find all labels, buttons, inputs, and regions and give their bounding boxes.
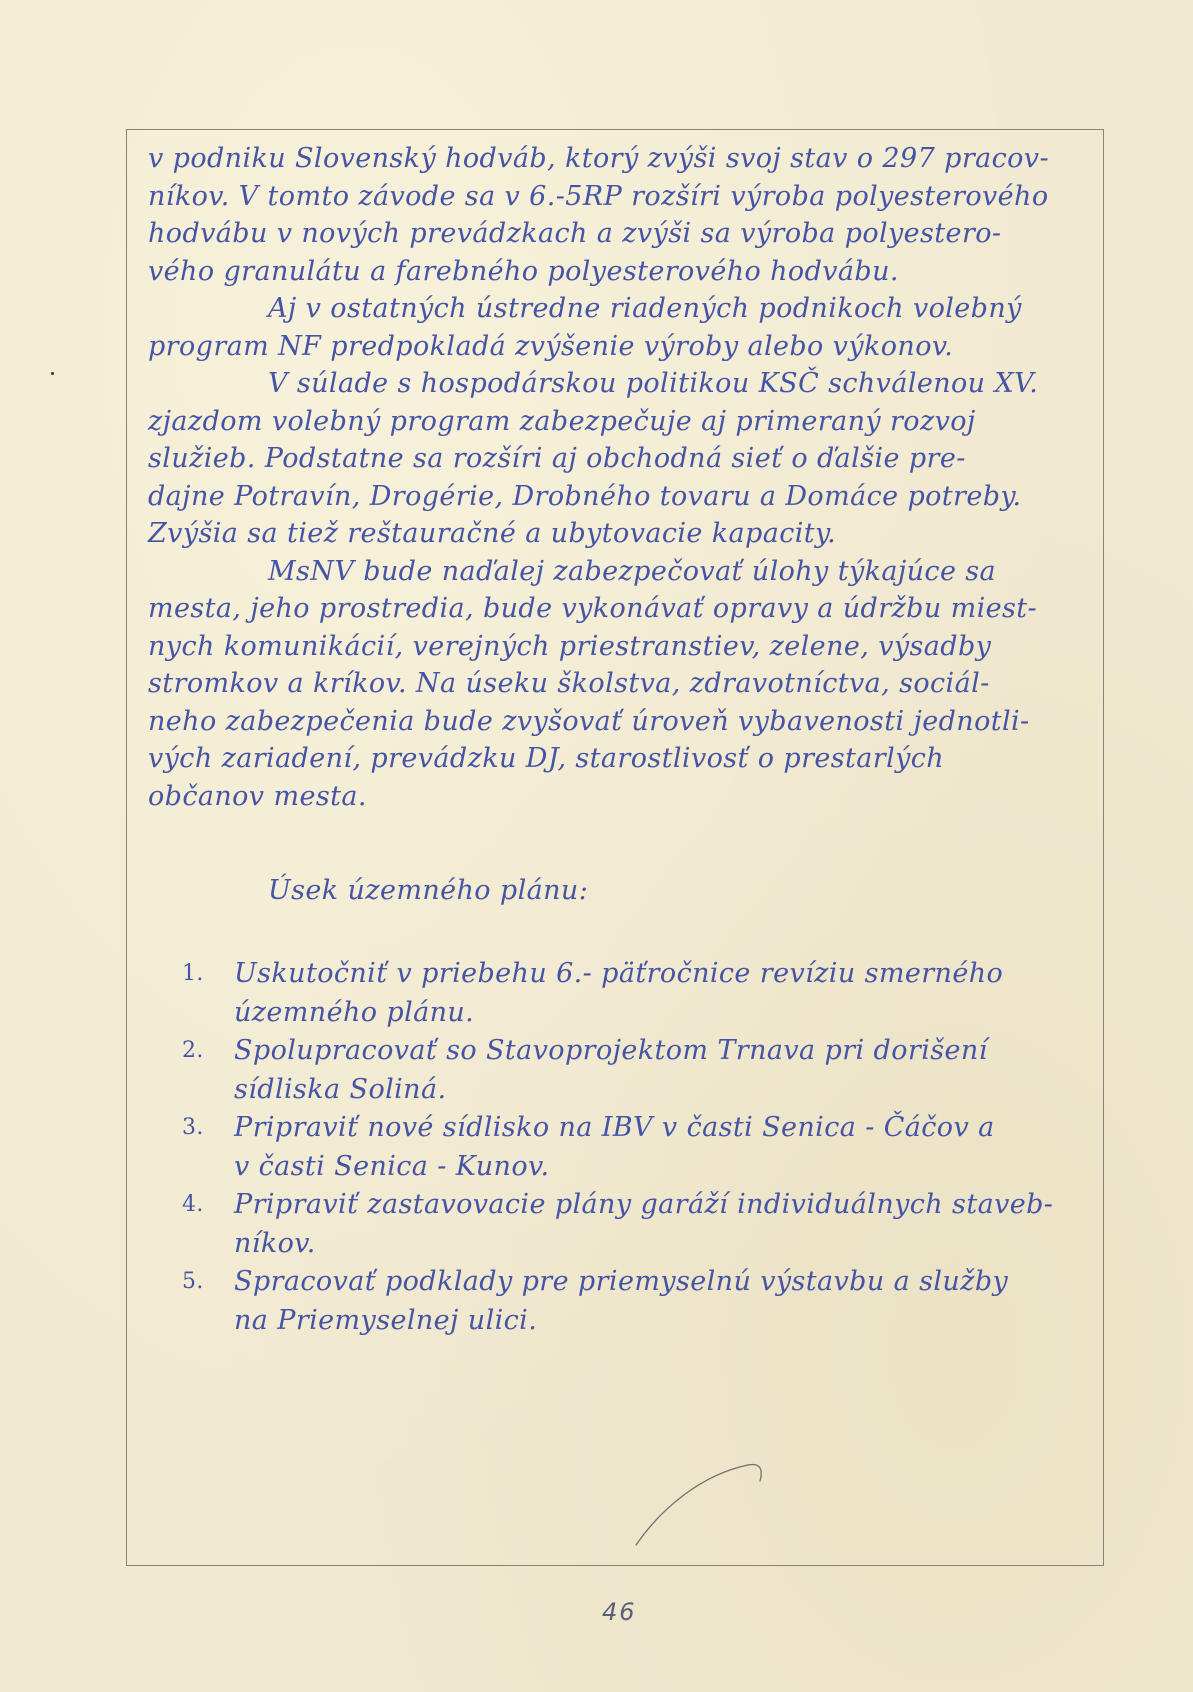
text-line: územného plánu. — [234, 994, 1093, 1033]
paragraph-2: Aj v ostatných ústredne riadených podnik… — [148, 290, 1093, 365]
list-item-number: 1. — [148, 955, 234, 993]
text-line: program NF predpokladá zvýšenie výroby a… — [148, 328, 1093, 366]
text-line: sídliska Soliná. — [234, 1071, 1093, 1110]
text-line: Spracovať podklady pre priemyselnú výsta… — [234, 1263, 1093, 1302]
text-line: Spolupracovať so Stavoprojektom Trnava p… — [234, 1032, 1093, 1071]
text-line: v podniku Slovenský hodváb, ktorý zvýši … — [148, 140, 1093, 178]
list-item: 3. Pripraviť nové sídlisko na IBV v čast… — [148, 1109, 1093, 1186]
list-item: 4. Pripraviť zastavovacie plány garáží i… — [148, 1186, 1093, 1263]
paragraph-1: v podniku Slovenský hodváb, ktorý zvýši … — [148, 140, 1093, 290]
spacer — [148, 911, 1093, 955]
text-line: Aj v ostatných ústredne riadených podnik… — [148, 290, 1093, 328]
text-line: vých zariadení, prevádzku DJ, starostliv… — [148, 740, 1093, 778]
text-line: hodvábu v nových prevádzkach a zvýši sa … — [148, 215, 1093, 253]
paper-speck — [51, 372, 54, 375]
text-line: mesta, jeho prostredia, bude vykonávať o… — [148, 590, 1093, 628]
page-number: 46 — [602, 1598, 637, 1626]
numbered-list: 1. Uskutočniť v priebehu 6.- päťročnice … — [148, 955, 1093, 1340]
text-line: neho zabezpečenia bude zvyšovať úroveň v… — [148, 703, 1093, 741]
list-item: 5. Spracovať podklady pre priemyselnú vý… — [148, 1263, 1093, 1340]
text-line: Pripraviť nové sídlisko na IBV v časti S… — [234, 1109, 1093, 1148]
list-item: 1. Uskutočniť v priebehu 6.- päťročnice … — [148, 955, 1093, 1032]
text-line: níkov. V tomto závode sa v 6.-5RP rozšír… — [148, 178, 1093, 216]
text-line: vého granulátu a farebného polyesterovéh… — [148, 253, 1093, 291]
text-line: občanov mesta. — [148, 778, 1093, 816]
text-line: na Priemyselnej ulici. — [234, 1302, 1093, 1341]
spacer — [148, 815, 1093, 871]
handwritten-page-content: v podniku Slovenský hodváb, ktorý zvýši … — [148, 140, 1093, 1340]
list-item-number: 2. — [148, 1032, 234, 1070]
text-line: služieb. Podstatne sa rozšíri aj obchodn… — [148, 440, 1093, 478]
text-line: Uskutočniť v priebehu 6.- päťročnice rev… — [234, 955, 1093, 994]
paragraph-4: MsNV bude naďalej zabezpečovať úlohy týk… — [148, 553, 1093, 816]
list-item-number: 5. — [148, 1263, 234, 1301]
text-line: nych komunikácií, verejných priestransti… — [148, 628, 1093, 666]
text-line: dajne Potravín, Drogérie, Drobného tovar… — [148, 478, 1093, 516]
text-line: zjazdom volebný program zabezpečuje aj p… — [148, 403, 1093, 441]
paragraph-3: V súlade s hospodárskou politikou KSČ sc… — [148, 365, 1093, 553]
list-item-number: 3. — [148, 1109, 234, 1147]
pencil-flourish-mark — [630, 1455, 770, 1550]
text-line: MsNV bude naďalej zabezpečovať úlohy týk… — [148, 553, 1093, 591]
text-line: stromkov a kríkov. Na úseku školstva, zd… — [148, 665, 1093, 703]
section-heading: Úsek územného plánu: — [148, 871, 1093, 911]
list-item-number: 4. — [148, 1186, 234, 1224]
text-line: níkov. — [234, 1225, 1093, 1264]
text-line: Zvýšia sa tiež reštauračné a ubytovacie … — [148, 515, 1093, 553]
list-item: 2. Spolupracovať so Stavoprojektom Trnav… — [148, 1032, 1093, 1109]
text-line: V súlade s hospodárskou politikou KSČ sc… — [148, 365, 1093, 403]
text-line: Pripraviť zastavovacie plány garáží indi… — [234, 1186, 1093, 1225]
text-line: v časti Senica - Kunov. — [234, 1148, 1093, 1187]
